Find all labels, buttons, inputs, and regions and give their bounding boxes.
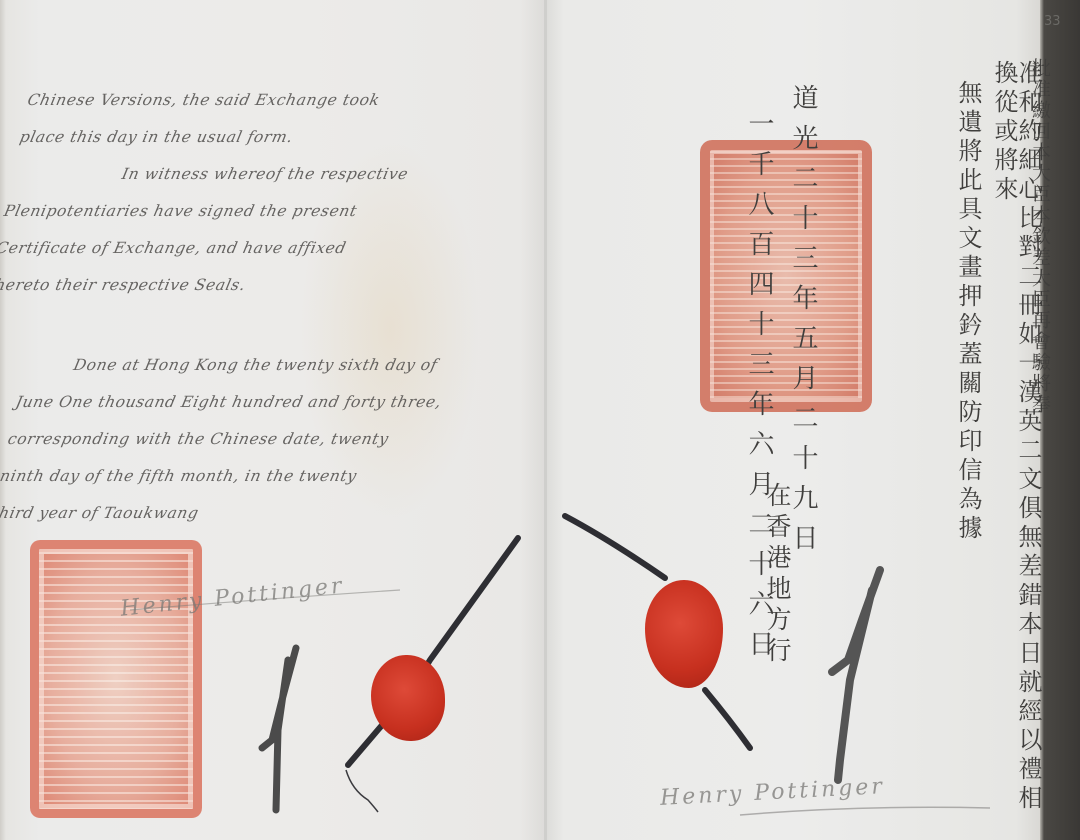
text-line: ninth day of the fifth month, in the twe… — [0, 458, 404, 495]
english-red-seal — [30, 540, 202, 818]
chinese-column-3: 無遺將此具文畫押鈐蓋關防印信為據 — [956, 80, 980, 544]
chinese-red-seal — [700, 140, 872, 412]
english-text-block-2: Done at Hong Kong the twenty sixth day o… — [0, 347, 428, 532]
chinese-column-2: 准和約細心比對二冊如一漢英二文俱無差錯本日就經以禮相換從或將來 — [992, 60, 1040, 840]
text-line: corresponding with the Chinese date, twe… — [4, 421, 412, 458]
book-gutter — [544, 0, 547, 840]
english-text-block-1: Chinese Versions, the said Exchange took… — [0, 82, 432, 304]
text-line: June One thousand Eight hundred and fort… — [12, 384, 420, 421]
text-line: third year of Taoukwang — [0, 495, 396, 532]
page-number: 33 — [1044, 14, 1061, 29]
red-wax-seal-left — [371, 655, 445, 741]
chinese-date-column: 道光二十三年五月二十九日 — [790, 84, 816, 564]
text-line: thereto their respective Seals. — [0, 267, 392, 304]
text-line: In witness whereof the respective — [8, 156, 416, 193]
text-line: Plenipotentiaries have signed the presen… — [0, 193, 408, 230]
place-column: 在香港地方行 — [765, 482, 790, 668]
text-line: Certificate of Exchange, and have affixe… — [0, 230, 400, 267]
open-book: Chinese Versions, the said Exchange took… — [0, 0, 1080, 840]
text-line: Chinese Versions, the said Exchange took — [24, 82, 432, 119]
text-line: Done at Hong Kong the twenty sixth day o… — [20, 347, 428, 384]
text-line: place this day in the usual form. — [16, 119, 424, 156]
